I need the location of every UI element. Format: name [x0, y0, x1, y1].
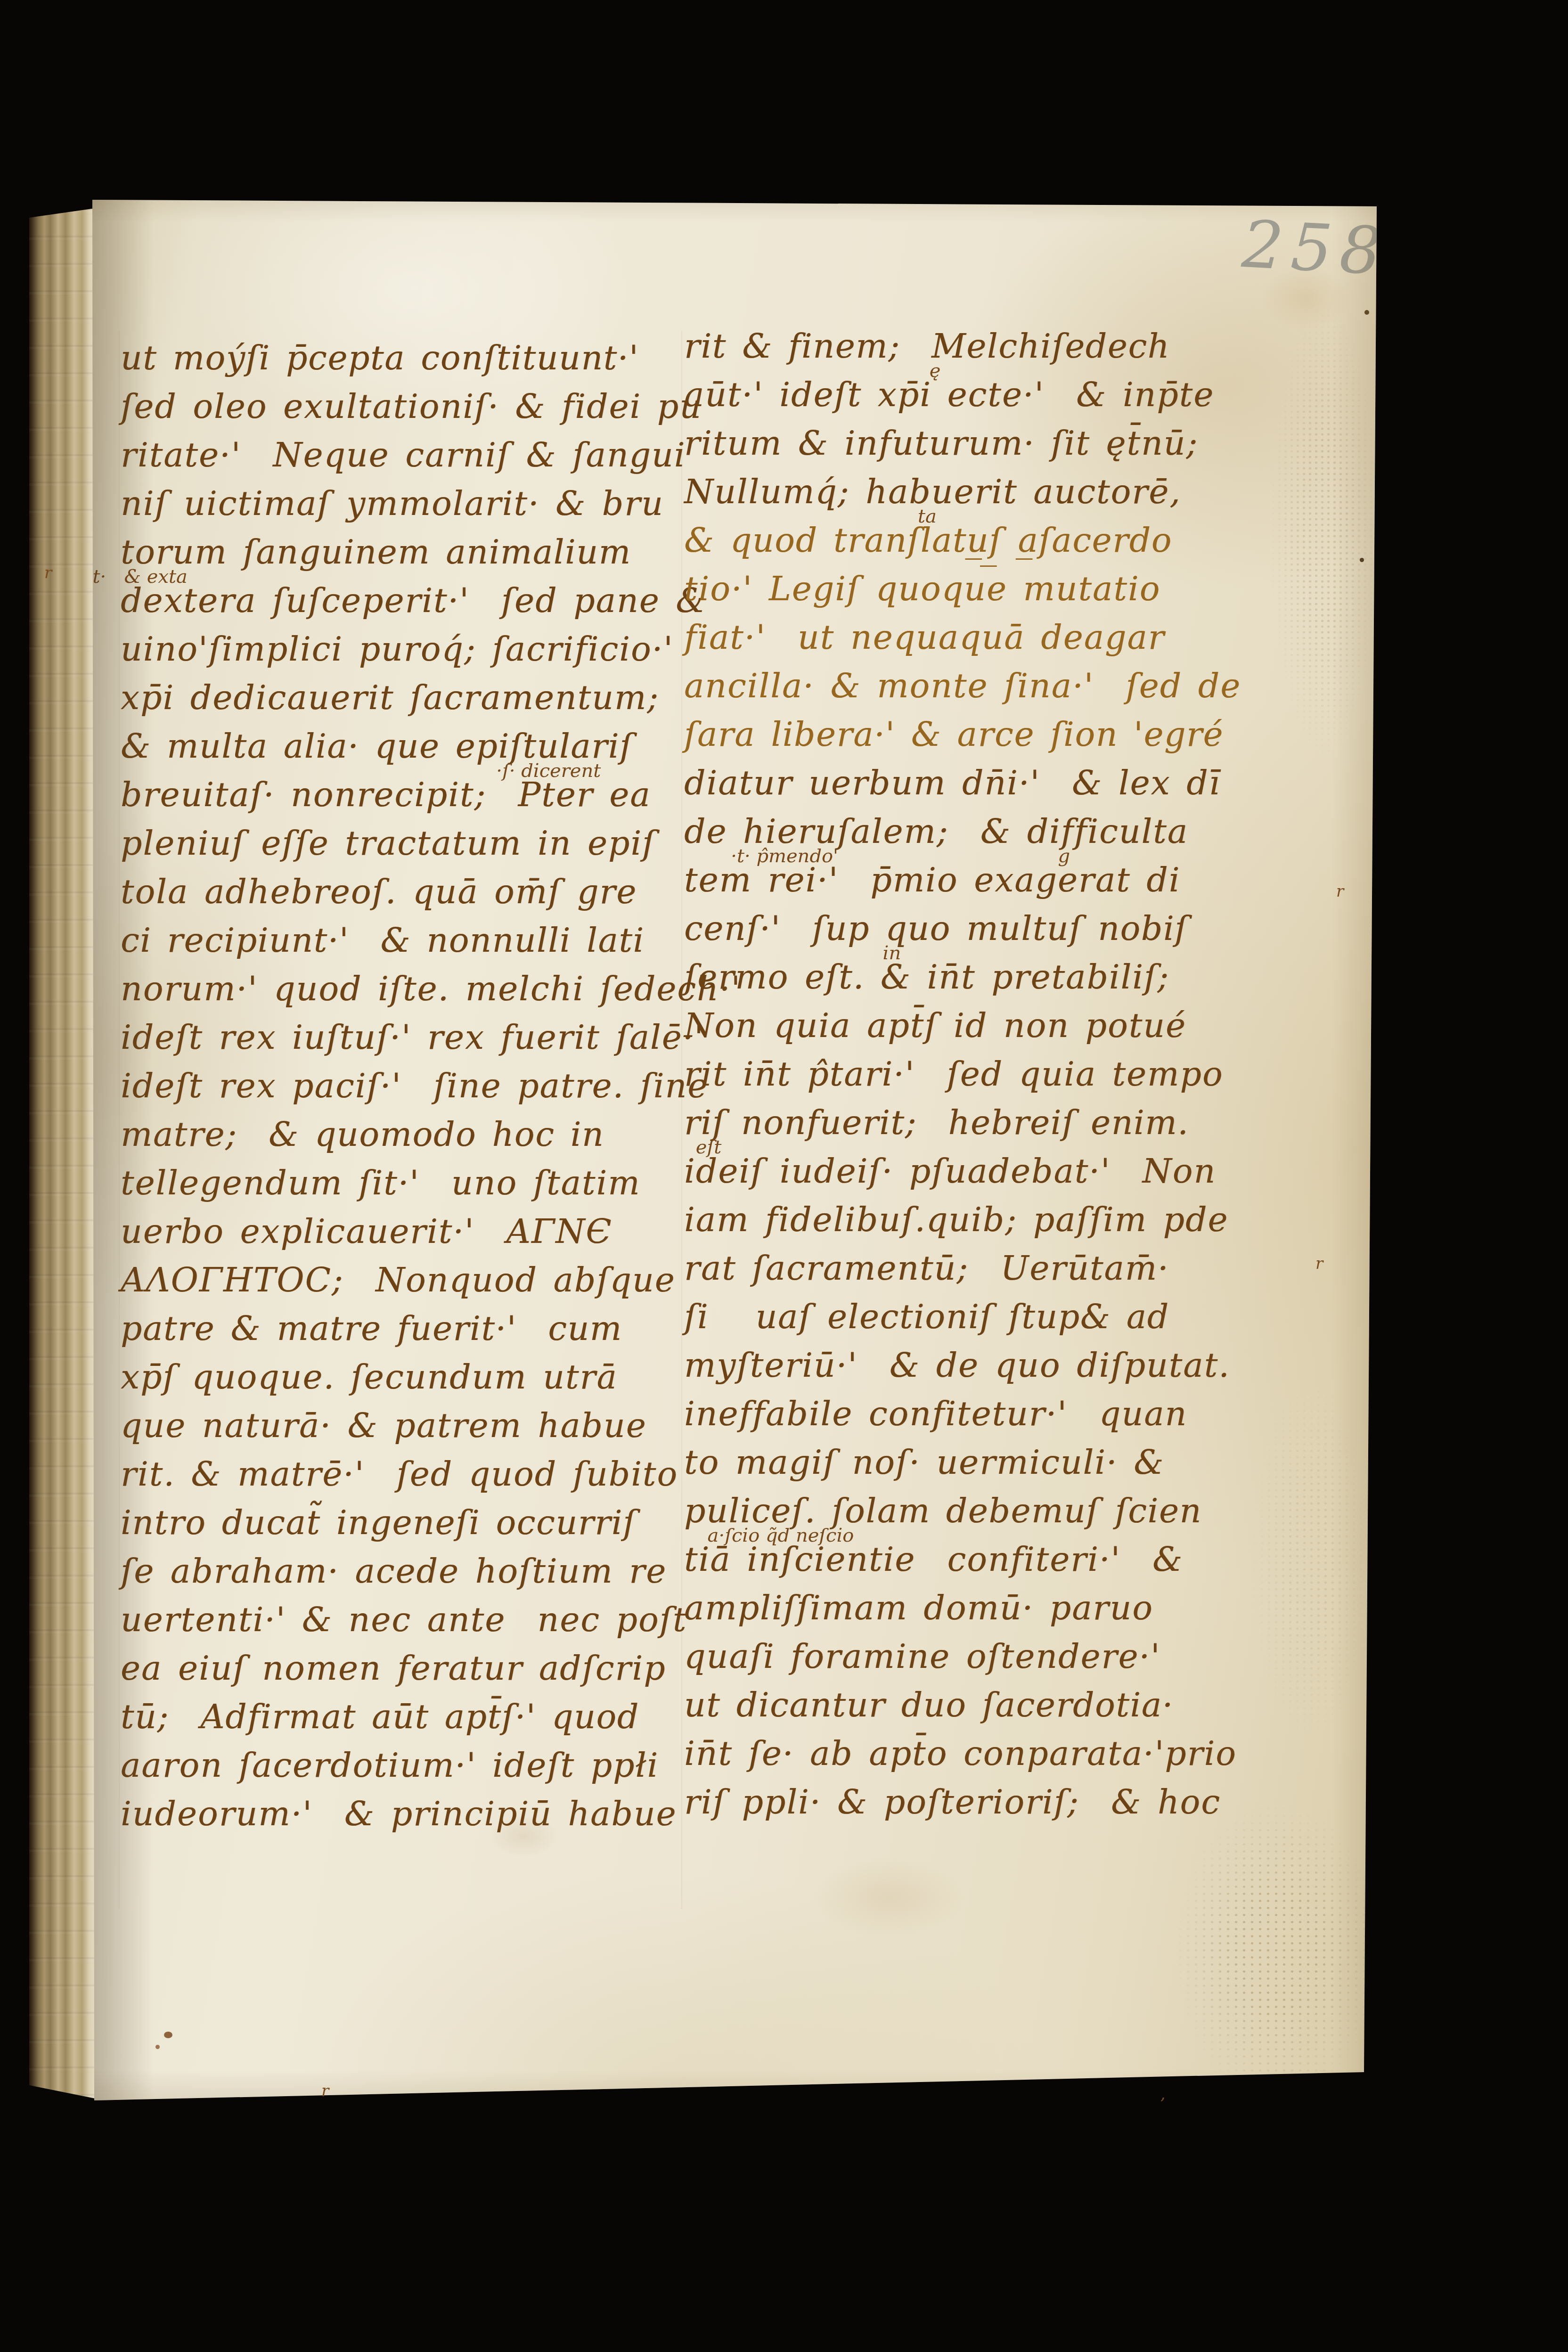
- stain: [155, 2045, 160, 2049]
- manuscript-text-line: ut moýſi p̄cepta conſtituunt·': [121, 338, 681, 387]
- line-text: diatur uerbum dn̄i·' & lex dī: [684, 763, 1220, 802]
- manuscript-text-line: que naturā· & patrem habue: [121, 1406, 681, 1454]
- manuscript-text-line: tellegendum ſit·' uno ſtatim: [121, 1163, 681, 1212]
- manuscript-text-line: torum ſanguinem animalium: [121, 532, 681, 581]
- line-text: riſ ppli· & poſterioriſ; & hoc: [684, 1782, 1221, 1821]
- manuscript-text-line: matre; & quomodo hoc in: [121, 1115, 681, 1163]
- manuscript-text-line: xp̄i dedicauerit ſacramentum;: [121, 678, 681, 727]
- interlinear-gloss: a·ſcio q̃d neſcio: [708, 1525, 854, 1546]
- line-text: xp̄i dedicauerit ſacramentum;: [121, 678, 659, 717]
- line-text: ideſt rex paciſ·' ſine patre. ſine: [121, 1066, 708, 1105]
- manuscript-text-line: ta& quod tranſlatu̲ſ̲ a̲ſacerdo: [684, 521, 1268, 569]
- parchment-follicle-texture: [1251, 1381, 1369, 1739]
- line-text: ſe abraham· acede hoſtium re: [121, 1552, 667, 1591]
- manuscript-text-line: ritate·' Neque carniſ & ſangui: [121, 435, 681, 484]
- line-text: tio·' Legiſ quoque mutatio: [684, 569, 1160, 608]
- manuscript-text-line: tola adhebreoſ. quā om̄ſ gre: [121, 872, 681, 921]
- line-text: iudeorum·' & principiū habue: [121, 1794, 677, 1833]
- manuscript-text-line: ancilla· & monte ſina·' ſed de: [684, 666, 1268, 715]
- manuscript-text-line: ·t· p̂mendo'gtem rei·' p̄mio exagerat di: [684, 860, 1268, 909]
- manuscript-text-line: ſara libera·' & arce ſion 'egré: [684, 715, 1268, 763]
- line-text: ſed oleo exultationiſ· & fidei pu: [121, 387, 702, 426]
- line-text: ritate·' Neque carniſ & ſangui: [121, 435, 686, 474]
- line-text: tellegendum ſit·' uno ſtatim: [121, 1163, 640, 1202]
- line-text: intro ducat̃ ingeneſi occurriſ: [121, 1503, 636, 1542]
- manuscript-text-line: tio·' Legiſ quoque mutatio: [684, 569, 1268, 618]
- line-text: ſara libera·' & arce ſion 'egré: [684, 715, 1224, 754]
- manuscript-text-line: ſe abraham· acede hoſtium re: [121, 1552, 681, 1600]
- line-text: fiat·' ut nequaquā deagar: [684, 618, 1165, 657]
- manuscript-text-line: rat ſacramentū; Uerūtam̄·: [684, 1249, 1268, 1297]
- manuscript-text-line: iam fidelibuſ.quib; paſſim pde: [684, 1200, 1268, 1249]
- manuscript-text-line: ritum & infuturum· ſit ęt̄nū;: [684, 424, 1268, 472]
- manuscript-text-line: xp̄ſ quoque. ſecundum utrā: [121, 1357, 681, 1406]
- manuscript-text-line: ΑΛΟΓΗΤΟC; Nonquod abſque: [121, 1260, 681, 1309]
- line-text: ritum & infuturum· ſit ęt̄nū;: [684, 424, 1198, 463]
- interlinear-gloss: ę: [930, 360, 941, 382]
- line-text: aaron ſacerdotium·' ideſt ppłi: [121, 1746, 659, 1785]
- interlinear-gloss: t· & exta: [93, 566, 188, 588]
- line-text: myſteriū·' & de quo diſputat.: [684, 1346, 1230, 1385]
- line-text: ut dicantur duo ſacerdotia·: [684, 1685, 1174, 1724]
- manuscript-text-line: ut dicantur duo ſacerdotia·: [684, 1685, 1268, 1734]
- manuscript-text-line: inſermo eſt. & in̄t pretabiliſ;: [684, 957, 1268, 1006]
- line-text: patre & matre fuerit·' cum: [121, 1309, 622, 1348]
- line-text: pleniuſ eſſe tractatum in epiſ: [121, 824, 655, 863]
- manuscript-text-line: ideſt rex iuſtuſ·' rex fuerit ſalē·': [121, 1018, 681, 1066]
- margin-mark: ’: [1160, 2095, 1165, 2114]
- manuscript-text-line: niſ uictimaſ ymmolarit· & bru: [121, 484, 681, 532]
- line-text: ſermo eſt. & in̄t pretabiliſ;: [684, 957, 1169, 996]
- manuscript-text-line: rit & finem; Melchiſedech: [684, 327, 1268, 375]
- manuscript-text-line: ineffabile confitetur·' quan: [684, 1394, 1268, 1443]
- line-text: in̄t ſe· ab apt̄o conparata·'prio: [684, 1734, 1237, 1773]
- interlinear-gloss: ta: [918, 506, 937, 527]
- line-text: riſ nonfuerit; hebreiſ enim.: [684, 1103, 1189, 1142]
- manuscript-text-line: aaron ſacerdotium·' ideſt ppłi: [121, 1746, 681, 1794]
- line-text: uerbo explicauerit·' ΑΓΝЄ: [121, 1212, 612, 1251]
- manuscript-text-line: in̄t ſe· ab apt̄o conparata·'prio: [684, 1734, 1268, 1782]
- manuscript-text-line: quaſi foramine oſtendere·': [684, 1637, 1268, 1685]
- manuscript-text-line: to magiſ noſ· uermiculi· &: [684, 1443, 1268, 1491]
- line-text: ut moýſi p̄cepta conſtituunt·': [121, 338, 639, 377]
- line-text: torum ſanguinem animalium: [121, 532, 631, 572]
- line-text: tū; Adfirmat aūt apt̄ſ·' quod: [121, 1697, 639, 1736]
- manuscript-photo: 258 ut moýſi p̄cepta conſtituunt·'ſed ol…: [0, 0, 1568, 2352]
- ruling-line: [681, 331, 682, 1909]
- interlinear-gloss: g: [1058, 845, 1070, 867]
- manuscript-text-line: uino'ſimplici puroq́; ſacrificio·': [121, 629, 681, 678]
- line-text: ideſt rex iuſtuſ·' rex fuerit ſalē·': [121, 1018, 704, 1057]
- manuscript-text-line: patre & matre fuerit·' cum: [121, 1309, 681, 1357]
- manuscript-text-line: ci recipiunt·' & nonnulli lati: [121, 921, 681, 969]
- manuscript-text-line: Non quia apt̄ſ id non potué: [684, 1006, 1268, 1054]
- ink-spot: [1364, 310, 1369, 315]
- line-text: uino'ſimplici puroq́; ſacrificio·': [121, 629, 674, 669]
- interlinear-gloss: in: [883, 942, 901, 964]
- manuscript-text-line: myſteriū·' & de quo diſputat.: [684, 1346, 1268, 1394]
- manuscript-text-line: riſ ppli· & poſterioriſ; & hoc: [684, 1782, 1268, 1831]
- line-text: niſ uictimaſ ymmolarit· & bru: [121, 484, 664, 523]
- line-text: ancilla· & monte ſina·' ſed de: [684, 666, 1241, 705]
- line-text: ſi uaſ electioniſ ſtup& ad: [684, 1297, 1169, 1336]
- parchment-page: 258 ut moýſi p̄cepta conſtituunt·'ſed ol…: [92, 194, 1377, 2105]
- manuscript-text-line: intro ducat̃ ingeneſi occurriſ: [121, 1503, 681, 1552]
- manuscript-text-line: ſi uaſ electioniſ ſtup& ad: [684, 1297, 1268, 1346]
- line-text: aūt·' ideſt xp̄i ecte·' & inp̄te: [684, 375, 1214, 414]
- manuscript-text-line: ſed oleo exultationiſ· & fidei pu: [121, 387, 681, 435]
- manuscript-text-line: a·ſcio q̃d neſciotiā inſcientie confiter…: [684, 1540, 1268, 1588]
- line-text: norum·' quod iſte. melchi ſedech·': [121, 969, 741, 1008]
- manuscript-text-line: rit. & matrē·' ſed quod ſubito: [121, 1454, 681, 1503]
- manuscript-text-line: rit in̄t p̂tari·' ſed quia tempo: [684, 1054, 1268, 1103]
- line-text: uertenti·' & nec ante nec poſt: [121, 1600, 687, 1639]
- line-text: ideiſ iudeiſ· pſuadebat·' Non: [684, 1151, 1216, 1191]
- line-text: xp̄ſ quoque. ſecundum utrā: [121, 1357, 618, 1396]
- manuscript-text-line: pleniuſ eſſe tractatum in epiſ: [121, 824, 681, 872]
- interlinear-gloss: eſt: [696, 1136, 722, 1158]
- manuscript-text-line: t· & extadextera ſuſceperit·' ſed pane &: [121, 581, 681, 629]
- manuscript-text-line: fiat·' ut nequaquā deagar: [684, 618, 1268, 666]
- text-column-right: rit & finem; Melchiſedechęaūt·' ideſt xp…: [684, 327, 1268, 1831]
- line-text: matre; & quomodo hoc in: [121, 1115, 604, 1154]
- line-text: dextera ſuſceperit·' ſed pane &: [121, 581, 706, 620]
- interlinear-gloss: ·t· p̂mendo': [731, 845, 838, 867]
- interlinear-gloss: ·ſ· dicerent: [496, 760, 601, 782]
- line-text: ineffabile confitetur·' quan: [684, 1394, 1187, 1433]
- manuscript-text-line: iudeorum·' & principiū habue: [121, 1794, 681, 1843]
- text-column-left: ut moýſi p̄cepta conſtituunt·'ſed oleo e…: [121, 338, 681, 1843]
- line-text: ΑΛΟΓΗΤΟC; Nonquod abſque: [121, 1260, 676, 1299]
- stain: [164, 2032, 172, 2038]
- line-text: tola adhebreoſ. quā om̄ſ gre: [121, 872, 637, 911]
- line-text: rat ſacramentū; Uerūtam̄·: [684, 1249, 1169, 1288]
- line-text: rit. & matrē·' ſed quod ſubito: [121, 1454, 678, 1494]
- manuscript-text-line: ampliſſimam domū· paruo: [684, 1588, 1268, 1637]
- line-text: ampliſſimam domū· paruo: [684, 1588, 1153, 1627]
- line-text: rit & finem; Melchiſedech: [684, 327, 1170, 366]
- manuscript-text-line: tū; Adfirmat aūt apt̄ſ·' quod: [121, 1697, 681, 1746]
- line-text: Non quia apt̄ſ id non potué: [684, 1006, 1186, 1045]
- manuscript-text-line: uertenti·' & nec ante nec poſt: [121, 1600, 681, 1649]
- line-text: iam fidelibuſ.quib; paſſim pde: [684, 1200, 1229, 1239]
- folio-number-pencil: 258: [1240, 206, 1390, 290]
- manuscript-text-line: diatur uerbum dn̄i·' & lex dī: [684, 763, 1268, 812]
- manuscript-text-line: Nullumq́; habuerit auctorē,: [684, 472, 1268, 521]
- book-binding-page-edges: [29, 208, 95, 2104]
- parchment-follicle-texture: [1270, 307, 1379, 755]
- manuscript-text-line: eſtideiſ iudeiſ· pſuadebat·' Non: [684, 1151, 1268, 1200]
- line-text: ea eiuſ nomen feratur adſcrip: [121, 1649, 666, 1688]
- manuscript-text-line: norum·' quod iſte. melchi ſedech·': [121, 969, 681, 1018]
- line-text: que naturā· & patrem habue: [121, 1406, 647, 1445]
- line-text: ci recipiunt·' & nonnulli lati: [121, 921, 645, 960]
- manuscript-text-line: ·ſ· dicerentbreuitaſ· nonrecipit; Pter e…: [121, 775, 681, 824]
- manuscript-text-line: riſ nonfuerit; hebreiſ enim.: [684, 1103, 1268, 1151]
- manuscript-text-line: cenſ·' ſup quo multuſ nobiſ: [684, 909, 1268, 957]
- line-text: quaſi foramine oſtendere·': [684, 1637, 1161, 1676]
- manuscript-text-line: ideſt rex paciſ·' ſine patre. ſine: [121, 1066, 681, 1115]
- manuscript-text-line: ęaūt·' ideſt xp̄i ecte·' & inp̄te: [684, 375, 1268, 424]
- ink-spot: [1360, 558, 1364, 562]
- line-text: cenſ·' ſup quo multuſ nobiſ: [684, 909, 1188, 948]
- line-text: to magiſ noſ· uermiculi· &: [684, 1443, 1164, 1482]
- stain: [813, 1857, 964, 1937]
- parchment-follicle-texture: [1176, 1805, 1379, 2098]
- manuscript-text-line: uerbo explicauerit·' ΑΓΝЄ: [121, 1212, 681, 1260]
- manuscript-text-line: ea eiuſ nomen feratur adſcrip: [121, 1649, 681, 1697]
- line-text: rit in̄t p̂tari·' ſed quia tempo: [684, 1054, 1224, 1094]
